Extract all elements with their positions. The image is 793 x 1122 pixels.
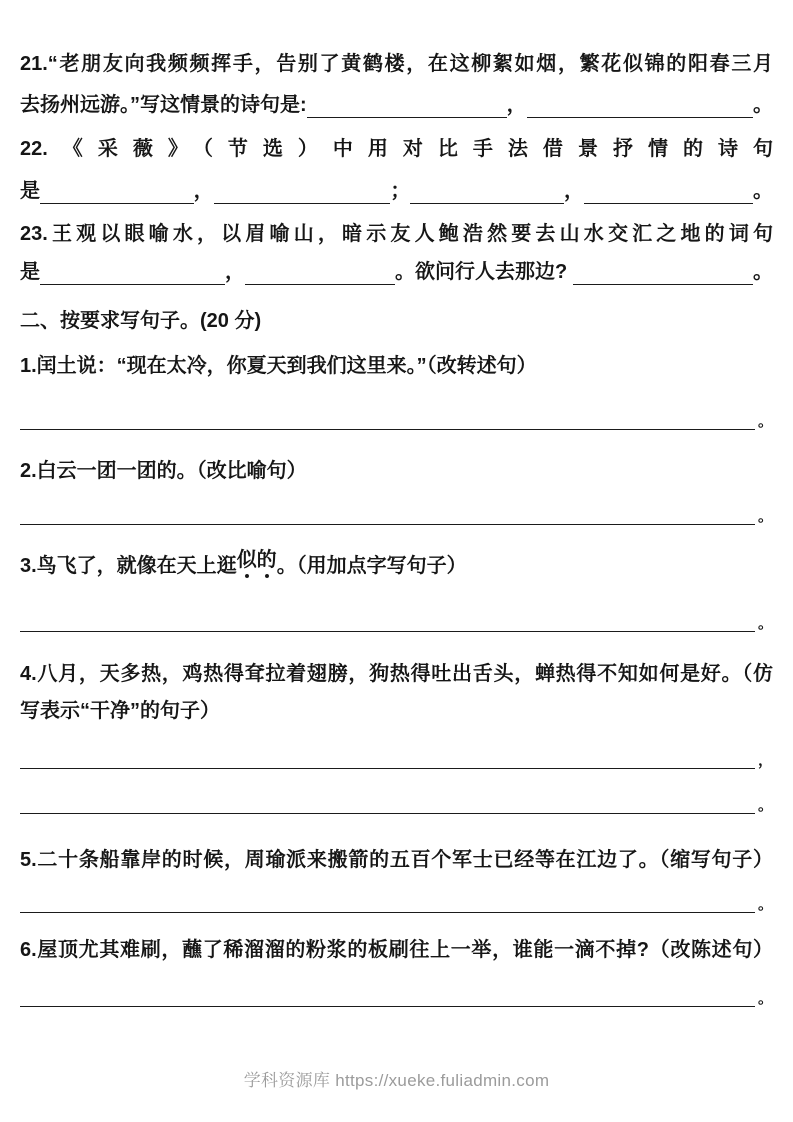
text-run: ；	[390, 179, 410, 204]
answer-blank[interactable]	[245, 265, 395, 285]
q5-answer-line: 。	[20, 886, 773, 913]
text-run: 。（用加点字写句子）	[277, 554, 467, 579]
answer-blank[interactable]	[573, 265, 753, 285]
text-run: 。欲问行人去那边?	[395, 260, 573, 285]
q6-prompt: 6.屋顶尤其难刷，蘸了稀溜溜的粉浆的板刷往上一举，谁能一滴不掉?（改陈述句）	[20, 937, 773, 964]
text-run: 是	[20, 260, 40, 285]
q4-prompt-line1: 4.八月，天多热，鸡热得耷拉着翅膀，狗热得吐出舌头，蝉热得不知如何是好。（仿	[20, 661, 773, 688]
q3-answer-line: 。	[20, 605, 773, 632]
answer-blank[interactable]	[20, 505, 755, 525]
answer-blank[interactable]	[527, 98, 753, 118]
text-run: 。	[758, 897, 773, 912]
text-run: ，	[758, 753, 773, 768]
q21-prompt-line1: 21.“老朋友向我频频挥手，告别了黄鹤楼，在这柳絮如烟，繁花似锦的阳春三月	[20, 51, 773, 78]
q23-prompt-line2: 是，。欲问行人去那边? 。	[20, 258, 773, 285]
text-run: 写表示“干净”的句子）	[20, 699, 220, 724]
text-run: 22.《采薇》（节选）中用对比手法借景抒情的诗句	[20, 138, 773, 160]
q6-answer-line: 。	[20, 980, 773, 1007]
answer-blank[interactable]	[410, 184, 564, 204]
q22-prompt-line1: 22.《采薇》（节选）中用对比手法借景抒情的诗句	[20, 136, 773, 163]
answer-blank[interactable]	[40, 184, 194, 204]
text-run: 。	[758, 991, 773, 1006]
text-run: ，	[225, 260, 245, 285]
text-run: 去扬州远游。”写这情景的诗句是:	[20, 93, 307, 118]
q5-prompt: 5.二十条船靠岸的时候，周瑜派来搬箭的五百个军士已经等在江边了。（缩写句子）	[20, 847, 773, 874]
text-run: 6.屋顶尤其难刷，蘸了稀溜溜的粉浆的板刷往上一举，谁能一滴不掉?（改陈述句）	[20, 939, 773, 961]
q23-prompt-line1: 23.王观以眼喻水，以眉喻山，暗示友人鲍浩然要去山水交汇之地的词句	[20, 221, 773, 248]
text-run: 。	[758, 616, 773, 631]
footer-watermark: 学科资源库 https://xueke.fuliadmin.com	[0, 1066, 793, 1091]
q1-prompt: 1.闰土说：“现在太冷，你夏天到我们这里来。”（改转述句）	[20, 352, 773, 379]
text-run: 23.王观以眼喻水，以眉喻山，暗示友人鲍浩然要去山水交汇之地的词句	[20, 223, 773, 245]
q4-answer-line1: ，	[20, 742, 773, 769]
q4-answer-line2: 。	[20, 787, 773, 814]
q21-prompt-line2: 去扬州远游。”写这情景的诗句是:，。	[20, 91, 773, 118]
answer-blank[interactable]	[20, 410, 755, 430]
text-run: 。	[758, 414, 773, 429]
text-run: 二、按要求写句子。(20 分)	[20, 309, 261, 334]
answer-blank[interactable]	[20, 893, 755, 913]
answer-blank[interactable]	[20, 794, 755, 814]
answer-blank[interactable]	[307, 98, 507, 118]
text-run: 4.八月，天多热，鸡热得耷拉着翅膀，狗热得吐出舌头，蝉热得不知如何是好。（仿	[20, 663, 773, 685]
text-run: 21.“老朋友向我频频挥手，告别了黄鹤楼，在这柳絮如烟，繁花似锦的阳春三月	[20, 53, 773, 75]
q3-prompt: 3.鸟飞了，就像在天上逛似的。（用加点字写句子）	[20, 552, 773, 579]
answer-blank[interactable]	[40, 265, 225, 285]
q4-prompt-line2: 写表示“干净”的句子）	[20, 697, 773, 724]
text-run: 。	[758, 798, 773, 813]
answer-blank[interactable]	[20, 612, 755, 632]
q2-prompt: 2.白云一团一团的。（改比喻句）	[20, 457, 773, 484]
text-run: ，	[194, 179, 214, 204]
q2-answer-line: 。	[20, 498, 773, 525]
text-run: 。	[758, 509, 773, 524]
emphasized-dotted-text: 似的	[237, 548, 277, 579]
text-run: 。	[753, 93, 773, 118]
text-run: ，	[507, 93, 527, 118]
text-run: 是	[20, 179, 40, 204]
q22-prompt-line2: 是，；，。	[20, 177, 773, 204]
answer-blank[interactable]	[214, 184, 391, 204]
answer-blank[interactable]	[20, 987, 755, 1007]
text-run: 。	[753, 179, 773, 204]
text-run: 3.鸟飞了，就像在天上逛	[20, 554, 237, 579]
section-2-heading: 二、按要求写句子。(20 分)	[20, 307, 773, 334]
text-run: 。	[753, 260, 773, 285]
worksheet-page: 学科资源库 https://xueke.fuliadmin.com 21.“老朋…	[0, 0, 793, 1122]
answer-blank[interactable]	[584, 184, 753, 204]
text-run: ，	[564, 179, 584, 204]
answer-blank[interactable]	[20, 749, 755, 769]
text-run: 1.闰土说：“现在太冷，你夏天到我们这里来。”（改转述句）	[20, 354, 537, 379]
text-run: 5.二十条船靠岸的时候，周瑜派来搬箭的五百个军士已经等在江边了。（缩写句子）	[20, 849, 773, 871]
q1-answer-line: 。	[20, 403, 773, 430]
text-run: 2.白云一团一团的。（改比喻句）	[20, 459, 307, 484]
